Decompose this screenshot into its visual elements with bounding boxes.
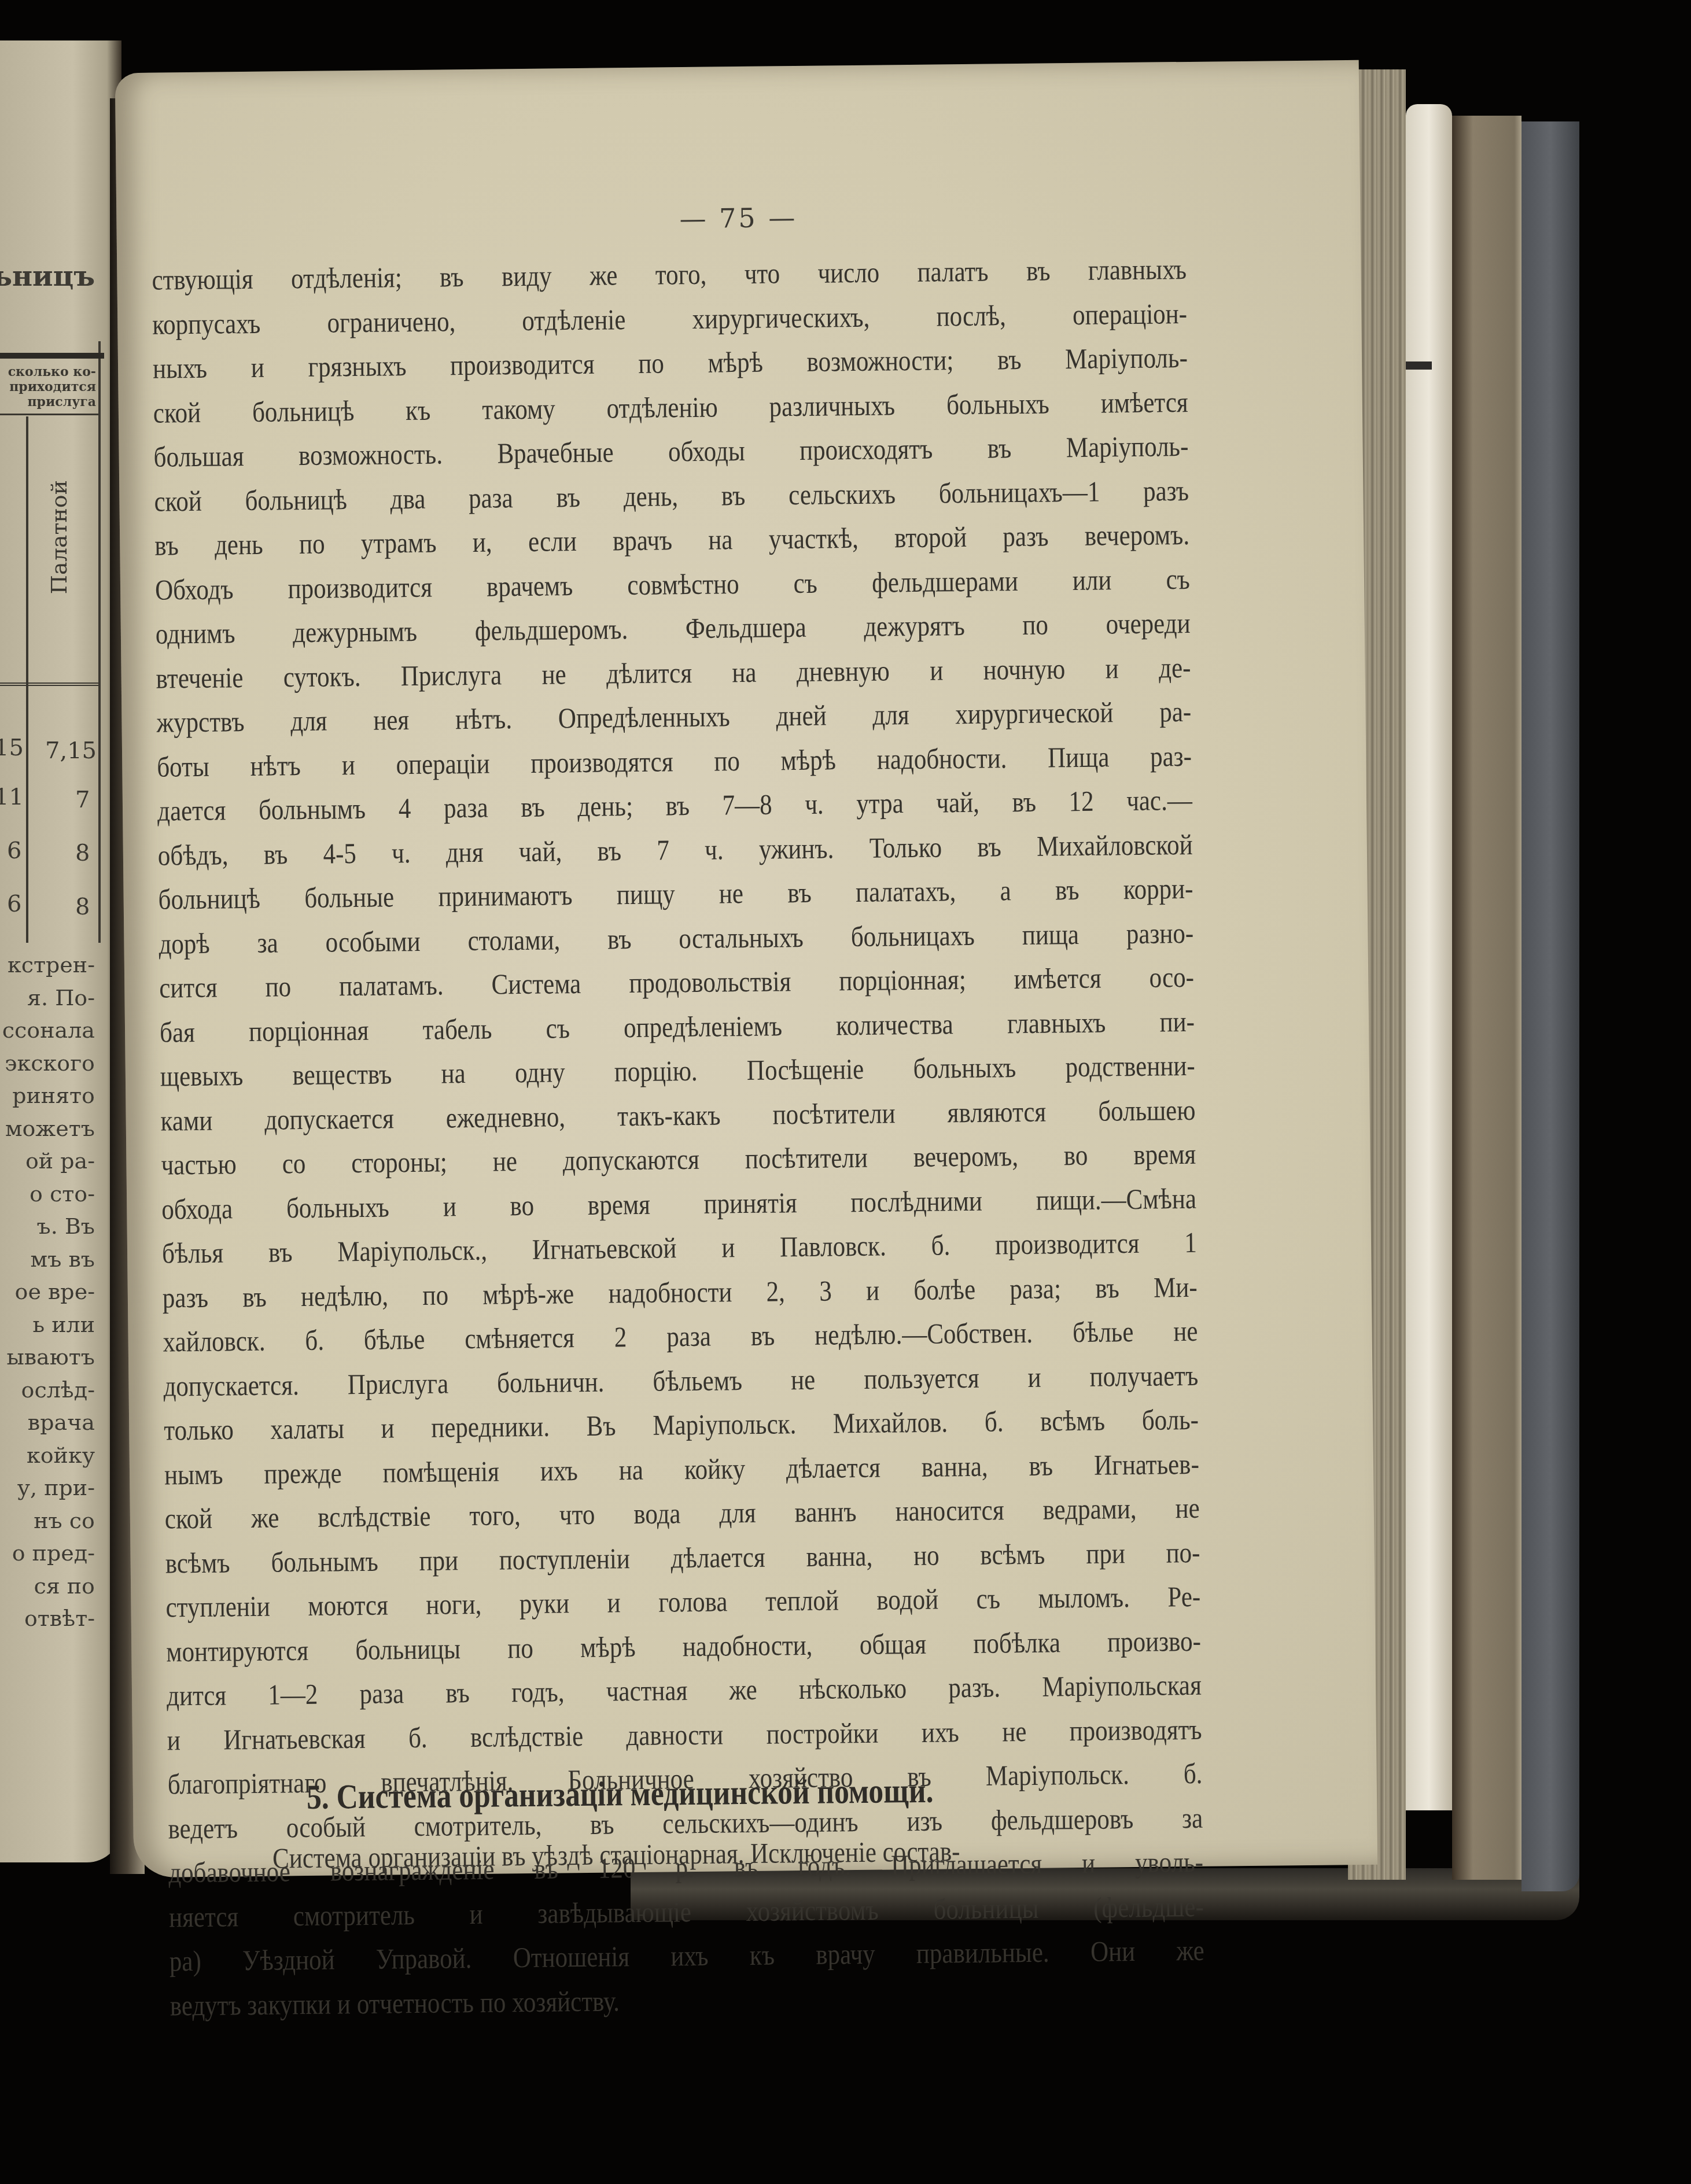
table-top-rule bbox=[0, 353, 104, 359]
book-cover-inner bbox=[1452, 116, 1521, 1880]
table-cell: 6 bbox=[7, 838, 21, 864]
table-cell: 7 bbox=[75, 787, 90, 813]
left-page-table: сколько ко- приходится прислуга Палатной… bbox=[0, 341, 101, 943]
section-heading: 5. Система организаціи медицинской помощ… bbox=[307, 1771, 934, 1817]
table-header: сколько ко- приходится прислуга bbox=[8, 364, 96, 409]
book-cover-board bbox=[1521, 121, 1579, 1891]
table-double-rule bbox=[0, 682, 98, 686]
page-number: — 75 — bbox=[116, 196, 1360, 241]
table-column-label: Палатной bbox=[46, 480, 72, 594]
table-column-divider bbox=[26, 416, 28, 943]
table-header-rule bbox=[0, 414, 98, 415]
main-page: — 75 — ствующія отдѣленія; въ виду же то… bbox=[115, 60, 1378, 1877]
table-cell: 15 bbox=[0, 735, 24, 761]
left-page-heading-fragment: ольницъ bbox=[0, 260, 95, 293]
page-edge-mark bbox=[1406, 361, 1432, 370]
left-page-fragment: ольницъ сколько ко- приходится прислуга … bbox=[0, 40, 121, 1862]
table-cell: 6 bbox=[7, 891, 21, 917]
table-cell: 8 bbox=[75, 840, 90, 866]
folded-page-edge bbox=[1406, 104, 1452, 1810]
section-first-line: Система организаціи въ уѣздѣ стаціонарна… bbox=[272, 1834, 960, 1875]
table-cell: 7,15 bbox=[45, 737, 97, 764]
book-scan: ольницъ сколько ко- приходится прислуга … bbox=[0, 0, 1691, 2184]
table-cell: 11 bbox=[0, 784, 24, 810]
left-page-text-fragments: кстрен- я. По- ссонала экского ринято мо… bbox=[2, 949, 95, 1635]
body-text: ствующія отдѣленія; въ виду же того, что… bbox=[152, 247, 1206, 2028]
table-cell: 8 bbox=[75, 894, 90, 920]
